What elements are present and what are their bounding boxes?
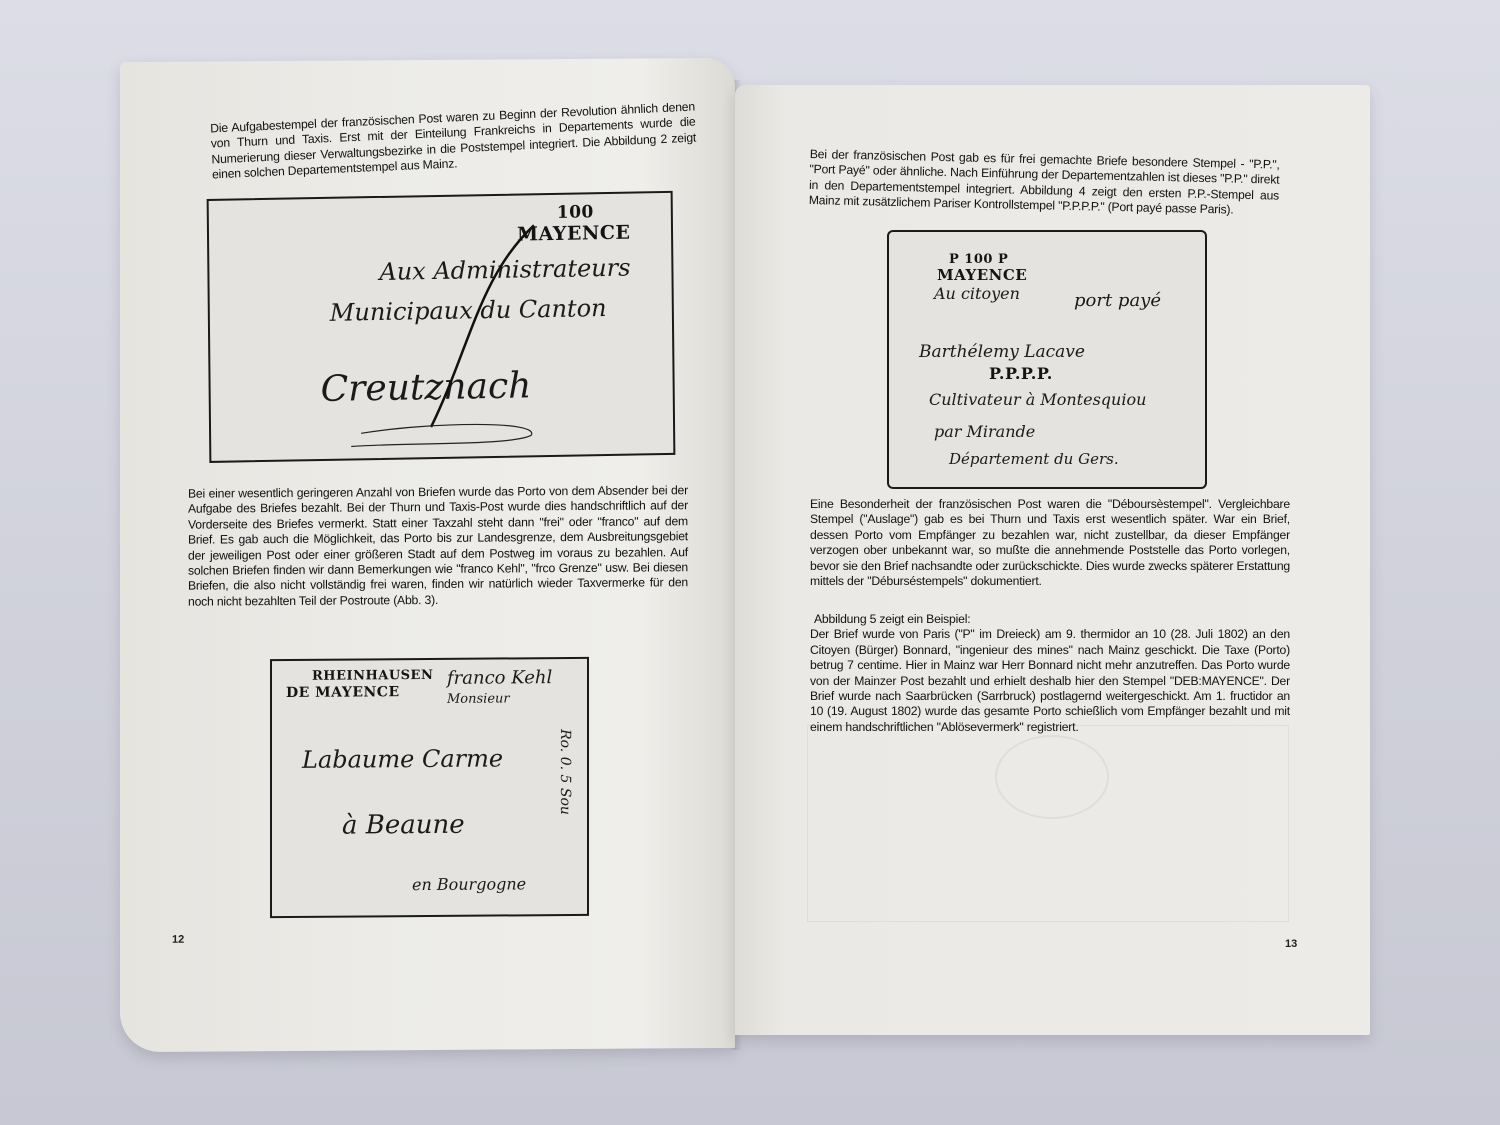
stamp-number: P 100 P xyxy=(949,252,1008,267)
address-line-4: par Mirande xyxy=(934,422,1035,441)
stamp-city: MAYENCE xyxy=(937,266,1027,284)
right-paragraph-2: Eine Besonderheit der französischen Post… xyxy=(810,497,1290,589)
page-number-left: 12 xyxy=(172,934,184,946)
address-line-2: à Beaune xyxy=(342,810,465,841)
figure-5-label: Abbildung 5 zeigt ein Beispiel: xyxy=(814,612,1290,627)
figure-2-letter: 100 MAYENCE Aux Administrateurs Municipa… xyxy=(207,191,676,463)
left-page: Die Aufgabestempel der französischen Pos… xyxy=(120,58,735,1052)
address-line-5: Département du Gers. xyxy=(949,450,1119,468)
left-paragraph-1: Die Aufgabestempel der französischen Pos… xyxy=(210,100,697,184)
address-line-3: Cultivateur à Montesquiou xyxy=(929,390,1146,409)
script-side-note: Ro. 0. 5 Sou xyxy=(557,729,573,815)
paragraph-text: Bei einer wesentlich geringeren Anzahl v… xyxy=(188,483,688,610)
address-line-1: Labaume Carme xyxy=(302,744,503,773)
figure-4-letter: P 100 P MAYENCE Au citoyen port payé Bar… xyxy=(887,230,1207,489)
script-franco: franco Kehl xyxy=(447,667,552,689)
bleed-through-seal xyxy=(995,735,1109,819)
stamp-line-2: DE MAYENCE xyxy=(286,684,400,701)
address-line-2: Barthélemy Lacave xyxy=(919,342,1085,362)
left-paragraph-2: Bei einer wesentlich geringeren Anzahl v… xyxy=(188,483,688,610)
figure-3-letter: RHEINHAUSEN DE MAYENCE franco Kehl Monsi… xyxy=(270,657,589,918)
stamp-pppp: P.P.P.P. xyxy=(989,364,1053,383)
paragraph-text: Der Brief wurde von Paris ("P" im Dreiec… xyxy=(810,627,1290,735)
paragraph-text: Eine Besonderheit der französischen Post… xyxy=(810,497,1290,589)
paragraph-text: Die Aufgabestempel der französischen Pos… xyxy=(210,100,697,184)
script-port-paye: port payé xyxy=(1074,290,1161,311)
paragraph-text: Bei der französischen Post gab es für fr… xyxy=(809,147,1280,219)
stamp-line-1: RHEINHAUSEN xyxy=(312,668,433,684)
right-page: Bei der französischen Post gab es für fr… xyxy=(735,85,1370,1035)
script-monsieur: Monsieur xyxy=(447,691,510,706)
right-paragraph-3: Abbildung 5 zeigt ein Beispiel: Der Brie… xyxy=(810,612,1290,735)
right-paragraph-1: Bei der französischen Post gab es für fr… xyxy=(809,147,1280,219)
address-line-1: Au citoyen xyxy=(934,284,1020,303)
pen-stroke-icon xyxy=(209,193,674,461)
page-number-right: 13 xyxy=(1285,938,1297,950)
address-line-3: en Bourgogne xyxy=(412,874,526,894)
